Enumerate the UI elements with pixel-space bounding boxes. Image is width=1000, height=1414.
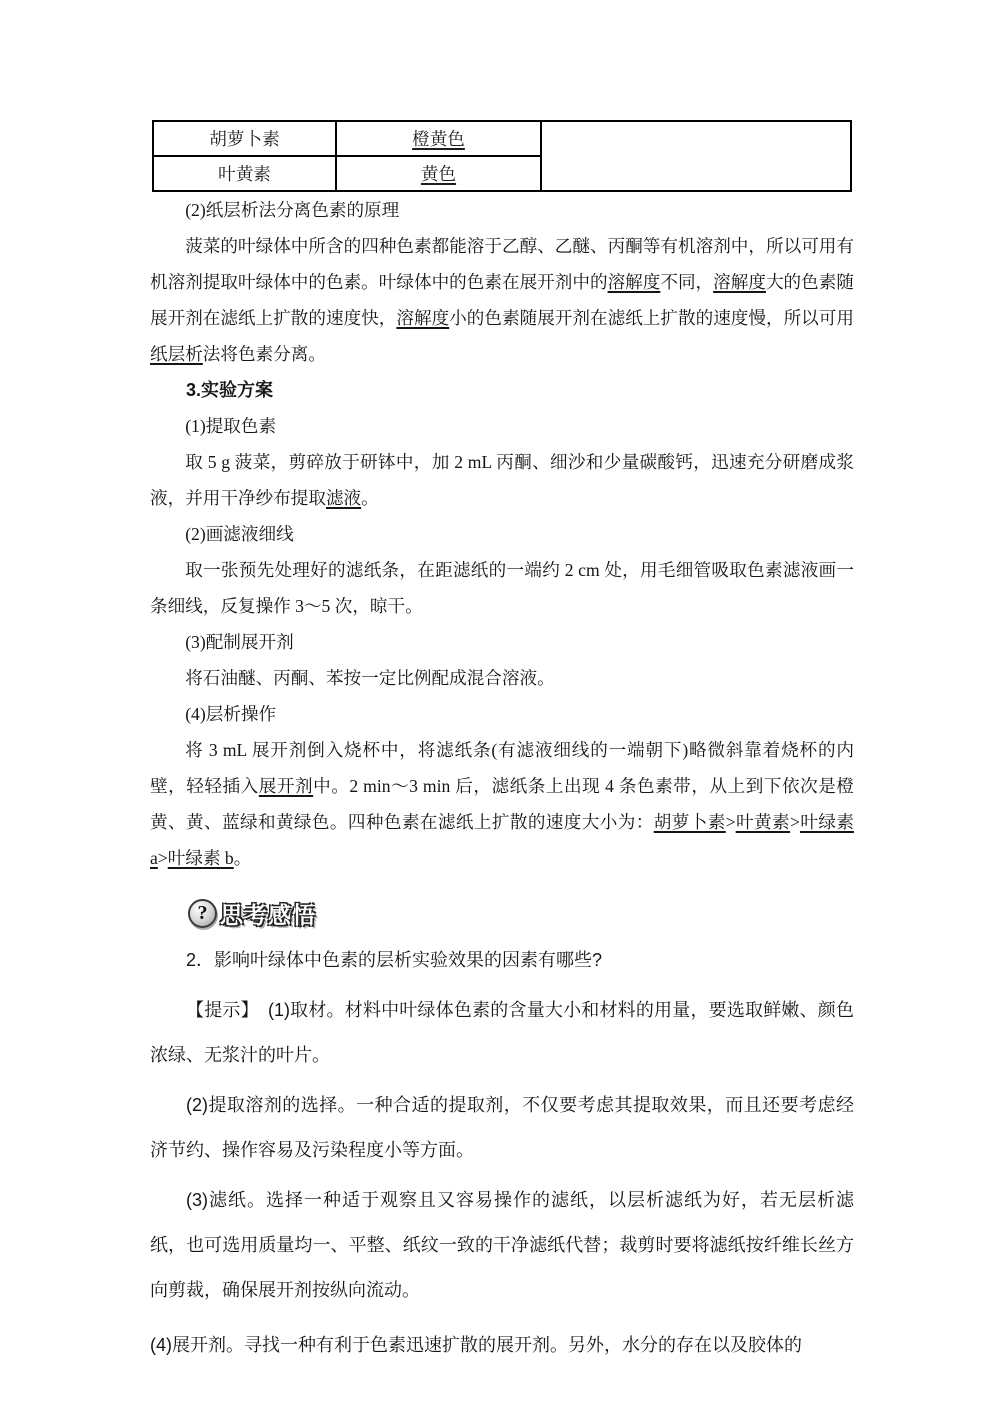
text-run: (3)配制展开剂 bbox=[185, 632, 293, 652]
text-run: 。 bbox=[361, 488, 379, 508]
step3-heading: (3)配制展开剂 bbox=[150, 624, 854, 660]
qa-section: 2．影响叶绿体中色素的层析实验效果的因素有哪些?【提示】 (1)取材。材料中叶绿… bbox=[150, 938, 854, 1368]
text-run: 取一张预先处理好的滤纸条，在距滤纸的一端约 2 cm 处，用毛细管吸取色素滤液画… bbox=[150, 560, 854, 616]
pigment-color-cell: 黄色 bbox=[336, 156, 541, 191]
principle-heading: (2)纸层析法分离色素的原理 bbox=[150, 192, 854, 228]
text-run: 。 bbox=[234, 848, 252, 868]
step4-body: 将 3 mL 展开剂倒入烧杯中，将滤纸条(有滤液细线的一端朝下)略微斜靠着烧杯的… bbox=[150, 732, 854, 876]
pigment-table: 胡萝卜素 橙黄色 叶黄素 黄色 bbox=[152, 120, 852, 192]
pigment-name-cell: 叶黄素 bbox=[153, 156, 336, 191]
hint-4: (4)展开剂。寻找一种有利于色素迅速扩散的展开剂。另外，水分的存在以及胶体的 bbox=[150, 1323, 854, 1368]
hint-1: 【提示】 (1)取材。材料中叶绿体色素的含量大小和材料的用量，要选取鲜嫩、颜色浓… bbox=[150, 988, 854, 1078]
pigment-name-cell: 胡萝卜素 bbox=[153, 121, 336, 156]
think-banner: ? 思考感悟 bbox=[188, 896, 854, 930]
think-label: 思考感悟 bbox=[220, 897, 316, 930]
text-run: 法将色素分离。 bbox=[203, 344, 326, 364]
underlined-term: 纸层析 bbox=[150, 344, 203, 364]
text-run: > bbox=[790, 812, 800, 832]
underlined-term: 滤液 bbox=[326, 488, 361, 508]
table-row-carotene: 胡萝卜素 橙黄色 bbox=[153, 121, 851, 156]
question-2: 2．影响叶绿体中色素的层析实验效果的因素有哪些? bbox=[150, 938, 854, 983]
underlined-term: 叶绿素 b bbox=[168, 848, 234, 868]
text-run: 3.实验方案 bbox=[186, 380, 273, 400]
hint-2: (2)提取溶剂的选择。一种合适的提取剂，不仅要考虑其提取效果，而且还要考虑经济节… bbox=[150, 1083, 854, 1173]
pigment-color-cell: 橙黄色 bbox=[336, 121, 541, 156]
underlined-term: 展开剂 bbox=[259, 776, 313, 796]
underlined-term: 溶解度 bbox=[713, 272, 766, 292]
step1-heading: (1)提取色素 bbox=[150, 408, 854, 444]
text-run: (2)画滤液细线 bbox=[185, 524, 293, 544]
text-run: (2)提取溶剂的选择。一种合适的提取剂，不仅要考虑其提取效果，而且还要考虑经济节… bbox=[150, 1095, 854, 1160]
underlined-term: 橙黄色 bbox=[412, 129, 465, 149]
text-run: (4)层析操作 bbox=[185, 704, 276, 724]
underlined-term: 胡萝卜素 bbox=[654, 812, 726, 832]
text-run: 不同， bbox=[660, 272, 713, 292]
question-mark-icon: ? bbox=[188, 899, 217, 928]
text-run: (2)纸层析法分离色素的原理 bbox=[185, 200, 399, 220]
underlined-term: 黄色 bbox=[421, 164, 456, 184]
hint-3: (3)滤纸。选择一种适于观察且又容易操作的滤纸，以层析滤纸为好，若无层析滤纸，也… bbox=[150, 1178, 854, 1313]
experiment-section: (2)纸层析法分离色素的原理菠菜的叶绿体中所含的四种色素都能溶于乙醇、乙醚、丙酮… bbox=[150, 192, 854, 876]
step2-heading: (2)画滤液细线 bbox=[150, 516, 854, 552]
step3-body: 将石油醚、丙酮、苯按一定比例配成混合溶液。 bbox=[150, 660, 854, 696]
text-run: 2．影响叶绿体中色素的层析实验效果的因素有哪些? bbox=[186, 950, 602, 970]
text-run: 小的色素随展开剂在滤纸上扩散的速度慢，所以可用 bbox=[449, 308, 854, 328]
step1-body: 取 5 g 菠菜，剪碎放于研钵中，加 2 mL 丙酮、细沙和少量碳酸钙，迅速充分… bbox=[150, 444, 854, 516]
text-run: (4)展开剂。寻找一种有利于色素迅速扩散的展开剂。另外，水分的存在以及胶体的 bbox=[150, 1335, 802, 1355]
text-run: > bbox=[726, 812, 736, 832]
empty-note-cell bbox=[541, 121, 851, 191]
underlined-term: 叶黄素 bbox=[736, 812, 790, 832]
textbook-page: 胡萝卜素 橙黄色 叶黄素 黄色 (2)纸层析法分离色素的原理菠菜的叶绿体中所含的… bbox=[0, 0, 1000, 1414]
step2-body: 取一张预先处理好的滤纸条，在距滤纸的一端约 2 cm 处，用毛细管吸取色素滤液画… bbox=[150, 552, 854, 624]
text-run: > bbox=[158, 848, 168, 868]
text-run: 取 5 g 菠菜，剪碎放于研钵中，加 2 mL 丙酮、细沙和少量碳酸钙，迅速充分… bbox=[150, 452, 854, 508]
step4-heading: (4)层析操作 bbox=[150, 696, 854, 732]
underlined-term: 溶解度 bbox=[396, 308, 449, 328]
text-run: 将石油醚、丙酮、苯按一定比例配成混合溶液。 bbox=[185, 668, 554, 688]
principle-body: 菠菜的叶绿体中所含的四种色素都能溶于乙醇、乙醚、丙酮等有机溶剂中，所以可用有机溶… bbox=[150, 228, 854, 372]
plan-heading: 3.实验方案 bbox=[150, 372, 854, 408]
text-run: (3)滤纸。选择一种适于观察且又容易操作的滤纸，以层析滤纸为好，若无层析滤纸，也… bbox=[150, 1190, 854, 1300]
underlined-term: 溶解度 bbox=[608, 272, 661, 292]
text-run: 【提示】 (1)取材。材料中叶绿体色素的含量大小和材料的用量，要选取鲜嫩、颜色浓… bbox=[150, 1000, 854, 1065]
text-run: (1)提取色素 bbox=[185, 416, 276, 436]
